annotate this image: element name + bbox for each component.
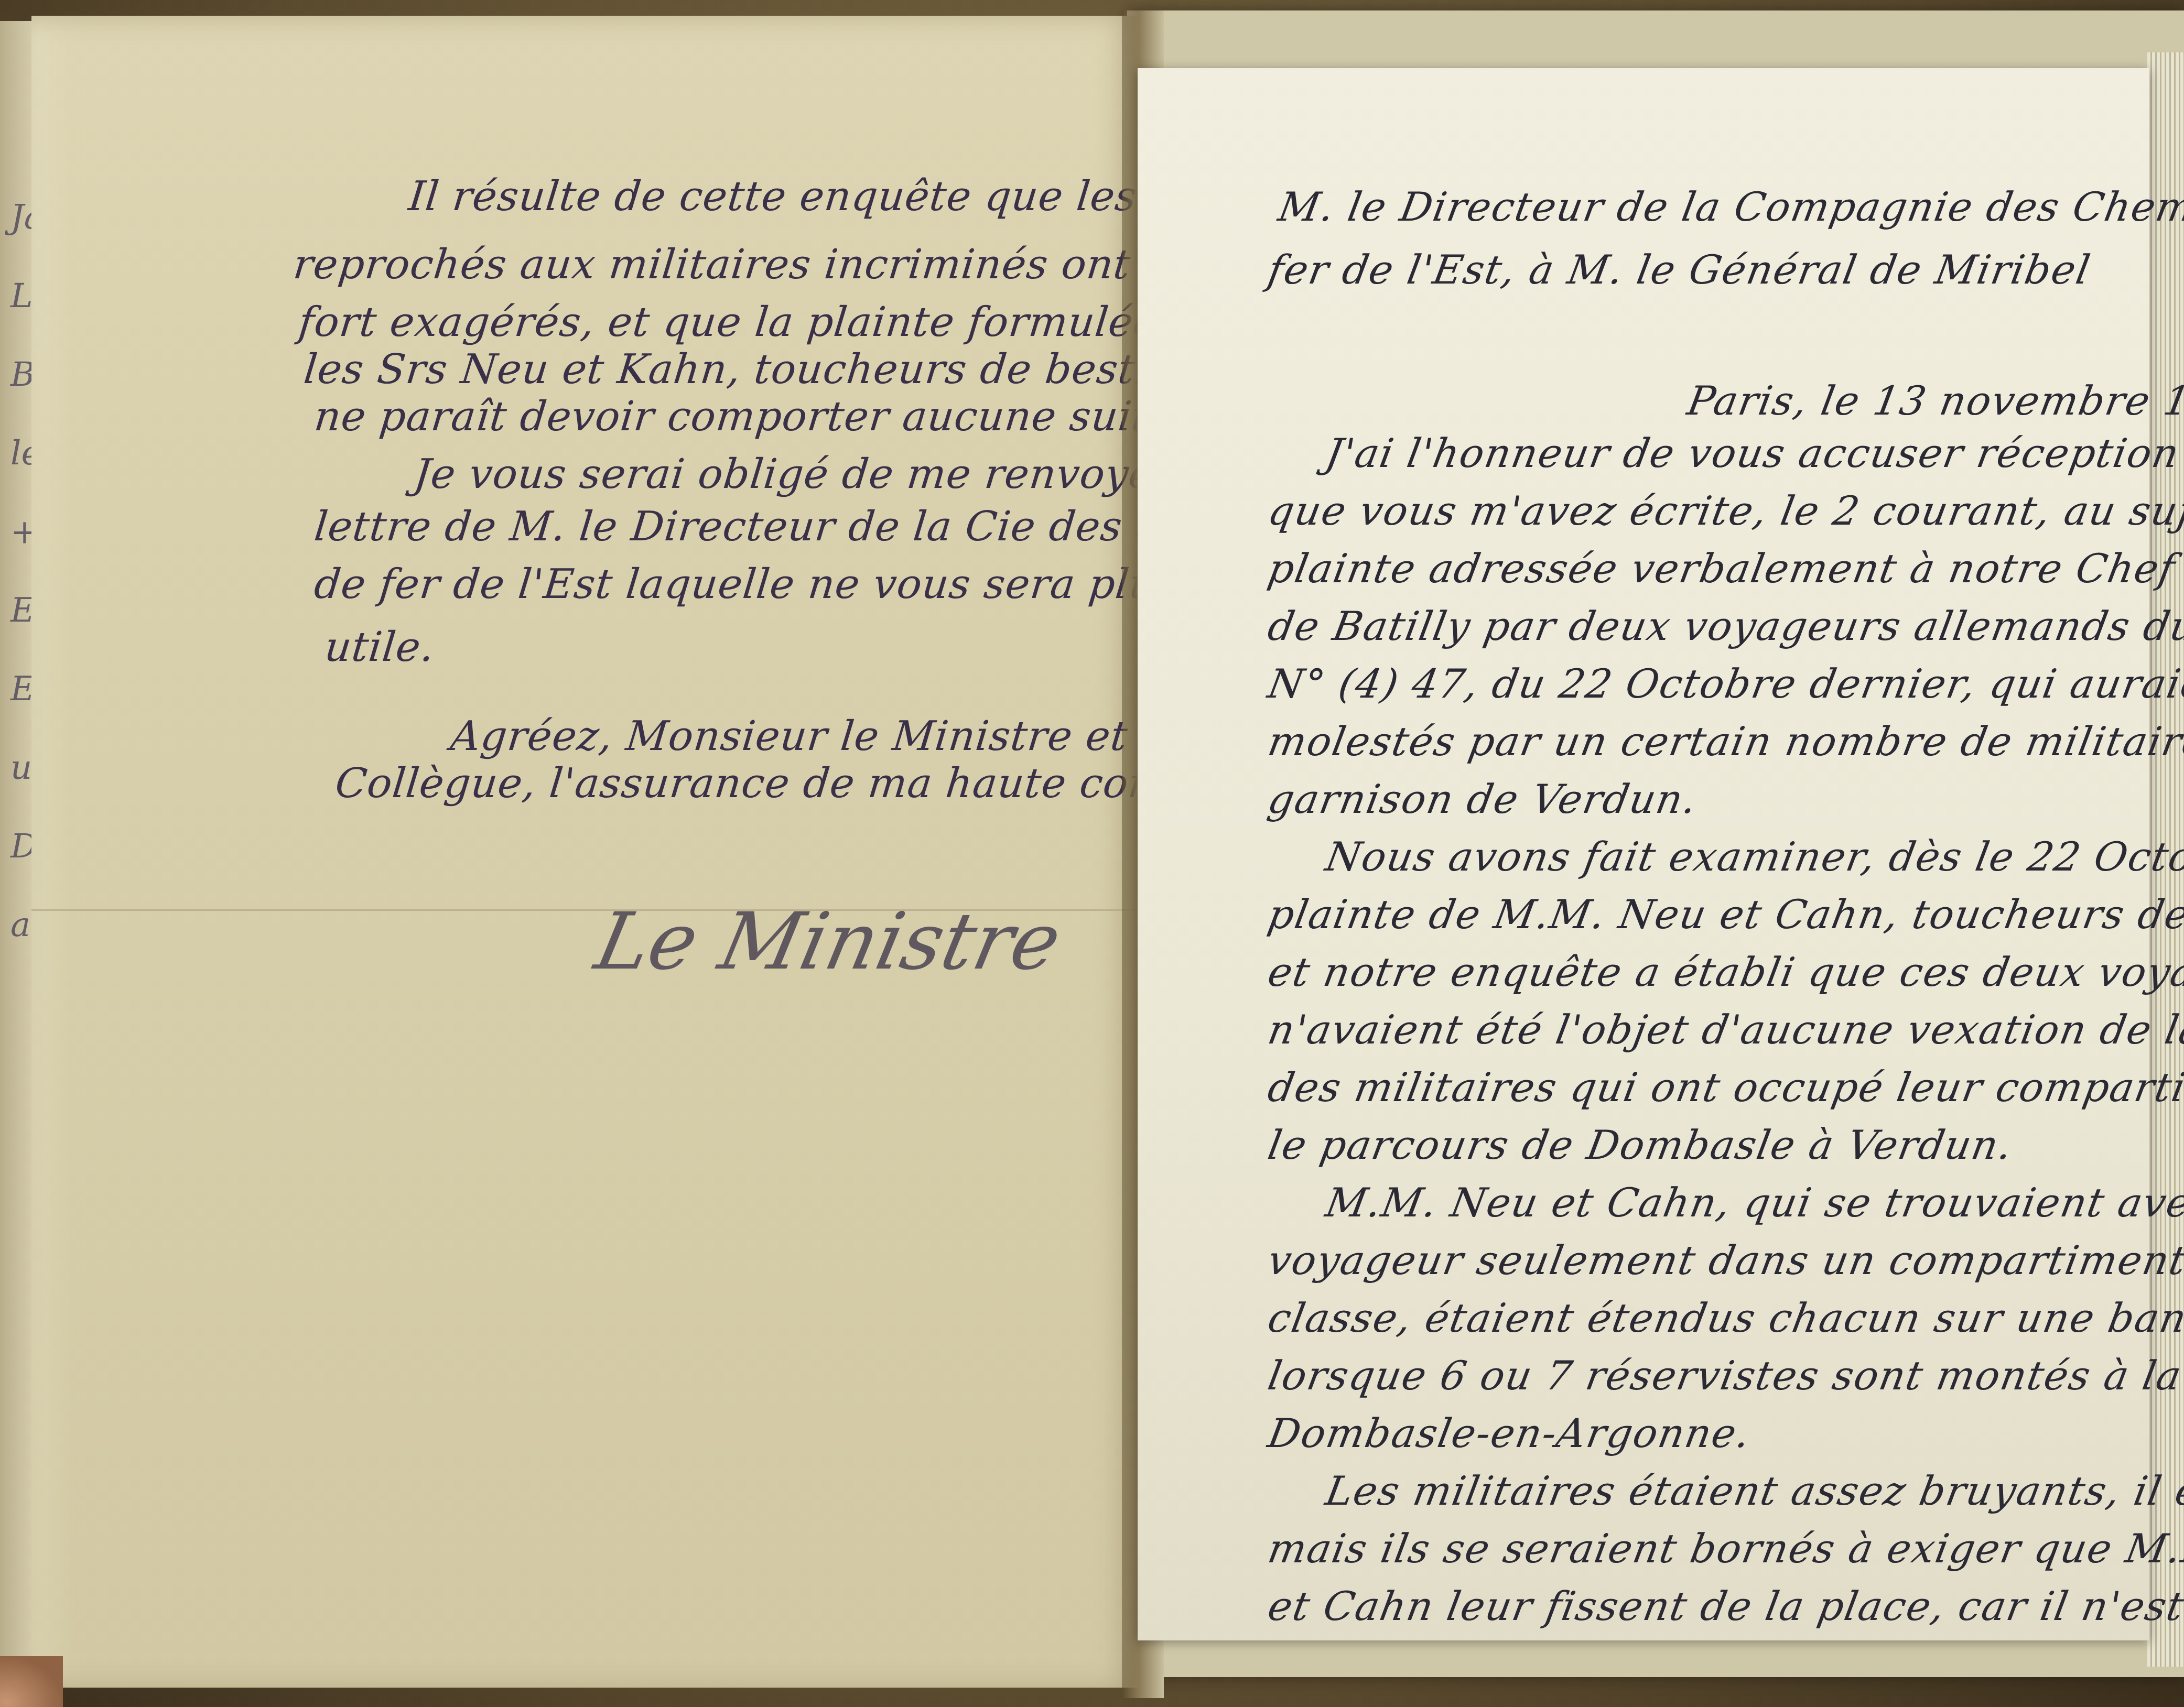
thumb-in-corner [0, 1656, 63, 1707]
heading-line-2: fer de l'Est, à M. le Général de Miribel [1264, 246, 2094, 293]
right-para-3-line-4: lorsque 6 ou 7 réservistes sont montés à… [1264, 1352, 2184, 1399]
left-page: Il résulte de cette enquête que les fait… [31, 16, 1138, 1688]
right-para-1-line-4: de Batilly par deux voyageurs allemands … [1264, 603, 2184, 649]
right-para-1-line-6: molestés par un certain nombre de milita… [1264, 718, 2184, 765]
right-para-4-line-3: et Cahn leur fissent de la place, car il… [1264, 1583, 2184, 1629]
left-para-2-line-4: utile. [322, 624, 437, 671]
right-para-3-line-1: M.M. Neu et Cahn, qui se trouvaient avec… [1322, 1179, 2184, 1226]
heading-line-1: M. le Directeur de la Compagnie des Chem… [1275, 183, 2184, 230]
right-para-1-line-5: N° (4) 47, du 22 Octobre dernier, qui au… [1264, 660, 2184, 707]
left-para-1-line-1: Il résulte de cette enquête que les fait… [406, 173, 1245, 220]
right-para-2-line-2: plainte de M.M. Neu et Cahn, toucheurs d… [1264, 891, 2184, 938]
right-para-2-line-5: des militaires qui ont occupé leur compa… [1264, 1064, 2184, 1111]
right-para-2-line-1: Nous avons fait examiner, dès le 22 Octo… [1322, 833, 2184, 880]
fold-crease [31, 909, 1138, 911]
right-para-1-line-2: que vous m'avez écrite, le 2 courant, au… [1264, 487, 2184, 534]
right-para-1-line-7: garnison de Verdun. [1264, 776, 1701, 822]
right-para-2-line-3: et notre enquête a établi que ces deux v… [1264, 949, 2184, 995]
left-para-2-line-1: Je vous serai obligé de me renvoyer la [412, 451, 1228, 498]
left-para-1-line-4: les Srs Neu et Kahn, toucheurs de bestia… [301, 346, 1240, 393]
right-para-4-line-2: mais ils se seraient bornés à exiger que… [1264, 1525, 2184, 1572]
left-closing-line-1: Agréez, Monsieur le Ministre et cher [448, 713, 1239, 760]
right-para-3-line-5: Dombasle-en-Argonne. [1264, 1410, 1755, 1456]
right-para-1-line-1: J'ai l'honneur de vous accuser réception… [1322, 430, 2184, 476]
left-para-1-line-2: reprochés aux militaires incriminés ont … [291, 241, 1213, 288]
left-para-1-line-5: ne paraît devoir comporter aucune suite. [312, 393, 1190, 440]
right-para-3-line-3: classe, étaient étendus chacun sur une b… [1264, 1295, 2184, 1341]
right-para-1-line-3: plainte adressée verbalement à notre Che… [1264, 545, 2184, 592]
right-para-2-line-6: le parcours de Dombasle à Verdun. [1264, 1122, 2017, 1168]
dateline: Paris, le 13 novembre 1886. [1684, 377, 2184, 424]
right-page: M. le Directeur de la Compagnie des Chem… [1138, 68, 2149, 1640]
right-para-4-line-1: Les militaires étaient assez bruyants, i… [1322, 1467, 2184, 1514]
right-para-2-line-4: n'avaient été l'objet d'aucune vexation … [1264, 1006, 2184, 1053]
right-para-3-line-2: voyageur seulement dans un compartiment … [1264, 1237, 2184, 1284]
left-para-1-line-3: fort exagérés, et que la plainte formulé… [296, 299, 1246, 346]
left-para-2-line-3: de fer de l'Est laquelle ne vous sera pl… [312, 561, 1180, 608]
